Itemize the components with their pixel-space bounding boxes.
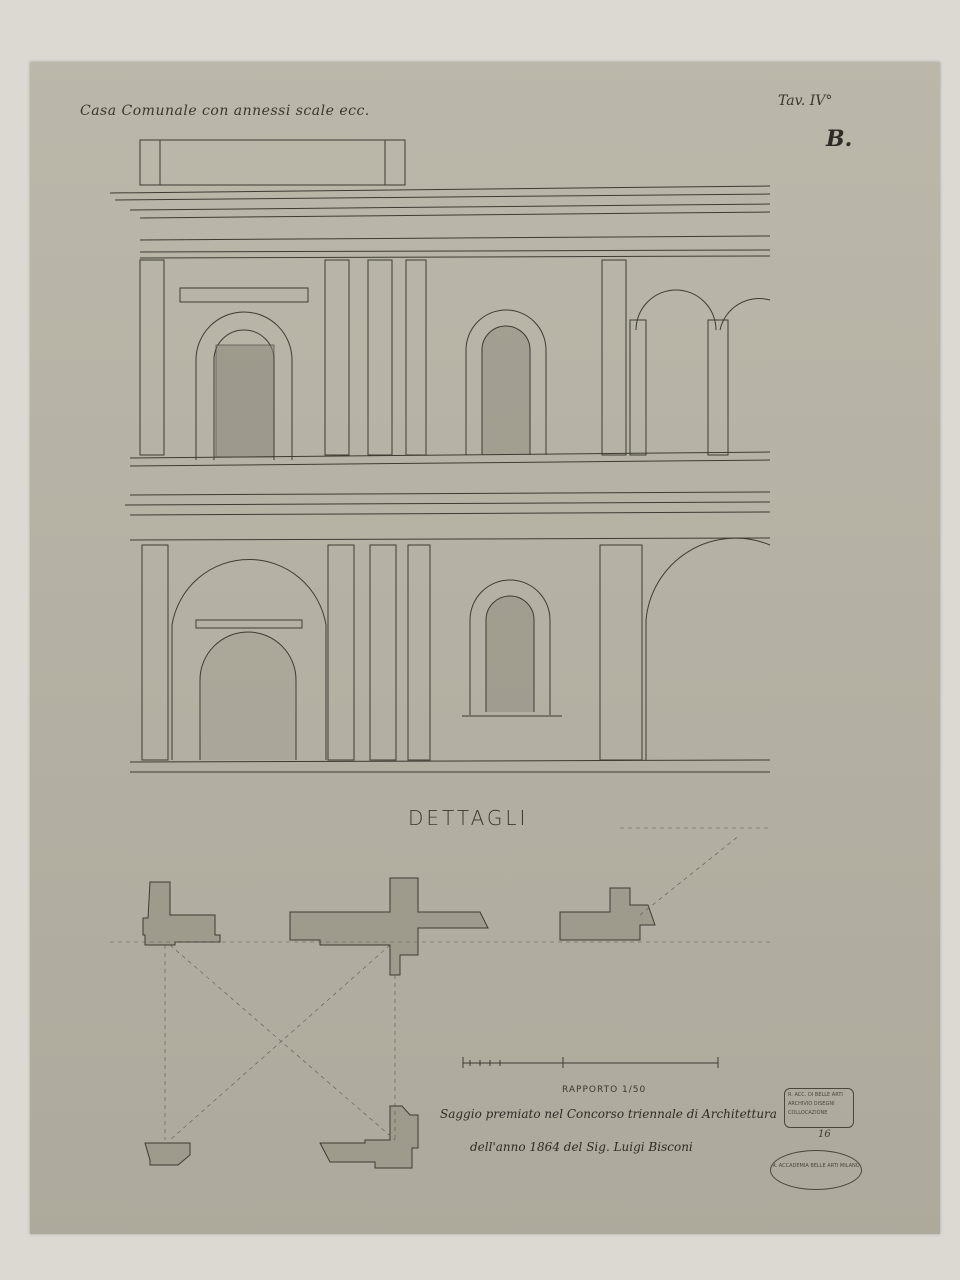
scale-bar <box>463 1057 718 1068</box>
stamp-number: 16 <box>818 1129 831 1140</box>
drawing-title: Casa Comunale con annessi scale ecc. <box>80 103 370 119</box>
plate-number: Tav. IV° <box>778 93 832 109</box>
caption-line-1: Saggio premiato nel Concorso triennale d… <box>440 1107 777 1121</box>
caption-line-2: dell'anno 1864 del Sig. Luigi Bisconi <box>470 1140 693 1154</box>
plate-letter: B. <box>826 126 852 152</box>
archive-stamp-oval: R. ACCADEMIA BELLE ARTI MILANO <box>770 1150 862 1190</box>
archive-stamp-rect: R. ACC. DI BELLE ARTI ARCHIVIO DISEGNI C… <box>784 1088 854 1128</box>
scale-label: RAPPORTO 1/50 <box>562 1085 646 1095</box>
section-heading: DETTAGLI <box>408 806 528 830</box>
